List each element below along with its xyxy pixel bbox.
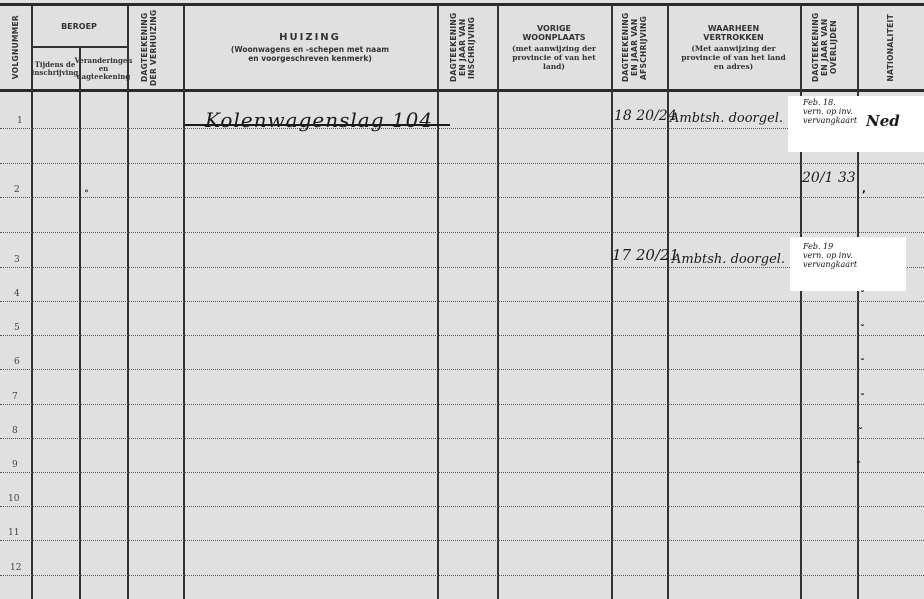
column-divider [31,5,33,599]
header-waarheen-subtitle: (Met aanwijzing der provincie of van het… [676,44,791,71]
column-divider [127,5,129,599]
overlijden-entry: 20/1 33 [802,170,856,186]
header-volgnummer: VOLGNUMMER [0,6,31,89]
column-divider [857,5,859,599]
row-number: 11 [8,528,19,538]
row-rule [0,575,924,576]
nationaliteit-entry: Ned [866,112,900,130]
column-divider [79,47,81,599]
row-number: 8 [12,426,18,436]
row-rule [0,232,924,233]
row-number: 4 [14,289,20,299]
huizing-entry: Kolenwagenslag 104 [205,108,433,132]
row-number: 9 [12,460,18,470]
check-mark: ˇ [860,358,865,369]
register-sheet: VOLGNUMMER BEROEP Tijdens de inschrijvin… [0,0,924,599]
column-divider [497,5,499,599]
afschrijving-entry: 18 20/24 [614,108,677,124]
column-divider [667,5,669,599]
header-beroep: BEROEP [31,6,127,46]
header-huizing: HUIZING (Woonwagens en -schepen met naam… [183,6,437,89]
waarheen-entry: Ambtsh. doorgel. [672,252,785,267]
row-rule [0,301,924,302]
header-label: DAGTEEKENING EN JAAR VAN INSCHRIJVING [449,6,485,89]
stray-mark: ∘ [84,186,89,197]
row-rule [0,369,924,370]
header-label: DAGTEEKENING DER VERHUIZING [140,6,170,89]
row-rule [0,267,924,268]
header-beroep-veranderingen: Veranderingen en dagteekening [80,48,127,89]
header-label: VOLGNUMMER [11,15,20,79]
row-rule [0,438,924,439]
header-inschrijving: DAGTEEKENING EN JAAR VAN INSCHRIJVING [437,6,497,89]
header-label: DAGTEEKENING EN JAAR VAN OVERLIJDEN [811,6,847,89]
column-divider [800,5,802,599]
header-rule [0,89,924,92]
row-number: 3 [14,255,20,265]
header-beroep-inschrijving: Tijdens de inschrijving [31,48,79,89]
row-number: 1 [17,116,23,126]
column-divider [183,5,185,599]
row-number: 12 [10,563,21,573]
check-mark: , [862,184,866,195]
header-label: NATIONALITEIT [886,14,895,81]
column-divider [611,5,613,599]
strikethrough-line [185,124,450,126]
header-afschrijving: DAGTEEKENING EN JAAR VAN AFSCHRIJVING [611,6,667,89]
header-vorige-subtitle: (met aanwijzing der provincie of van het… [507,44,602,71]
row-rule [0,540,924,541]
header-waarheen: WAARHEEN VERTROKKEN (Met aanwijzing der … [667,6,800,89]
row-rule [0,163,924,164]
header-huizing-subtitle: (Woonwagens en -schepen met naam en voor… [225,45,395,63]
row-rule [0,472,924,473]
check-mark: ˇ [856,461,861,472]
row-number: 7 [12,392,18,402]
afschrijving-entry: 17 20/21 [612,246,679,264]
row-number: 10 [8,494,19,504]
header-label: DAGTEEKENING EN JAAR VAN AFSCHRIJVING [621,6,657,89]
row-number: 6 [14,357,20,367]
check-mark: ˇ [860,290,865,301]
overlijden-note: Feb. 19 vern. op inv. vervangkaart [803,242,857,269]
header-huizing-title: HUIZING [225,33,395,42]
row-rule [0,128,924,129]
header-overlijden: DAGTEEKENING EN JAAR VAN OVERLIJDEN [800,6,857,89]
check-mark: ˇ [860,324,865,335]
check-mark: ˇ [860,393,865,404]
row-rule [0,404,924,405]
waarheen-entry: Ambtsh. doorgel. [670,111,783,126]
row-rule [0,506,924,507]
overlijden-note: Feb. 18. vern. op inv. vervangkaart [803,98,857,125]
header-verhuizing: DAGTEEKENING DER VERHUIZING [127,6,183,89]
row-rule [0,335,924,336]
check-mark: ˇ [858,427,863,438]
row-number: 5 [14,323,20,333]
header-nationaliteit: NATIONALITEIT [857,6,924,89]
header-vorige-title: VORIGE WOONPLAATS [514,24,594,42]
column-divider [437,5,439,599]
row-number: 2 [14,185,20,195]
header-waarheen-title: WAARHEEN VERTROKKEN [689,24,779,42]
row-rule [0,197,924,198]
header-vorige-woonplaats: VORIGE WOONPLAATS (met aanwijzing der pr… [497,6,611,89]
